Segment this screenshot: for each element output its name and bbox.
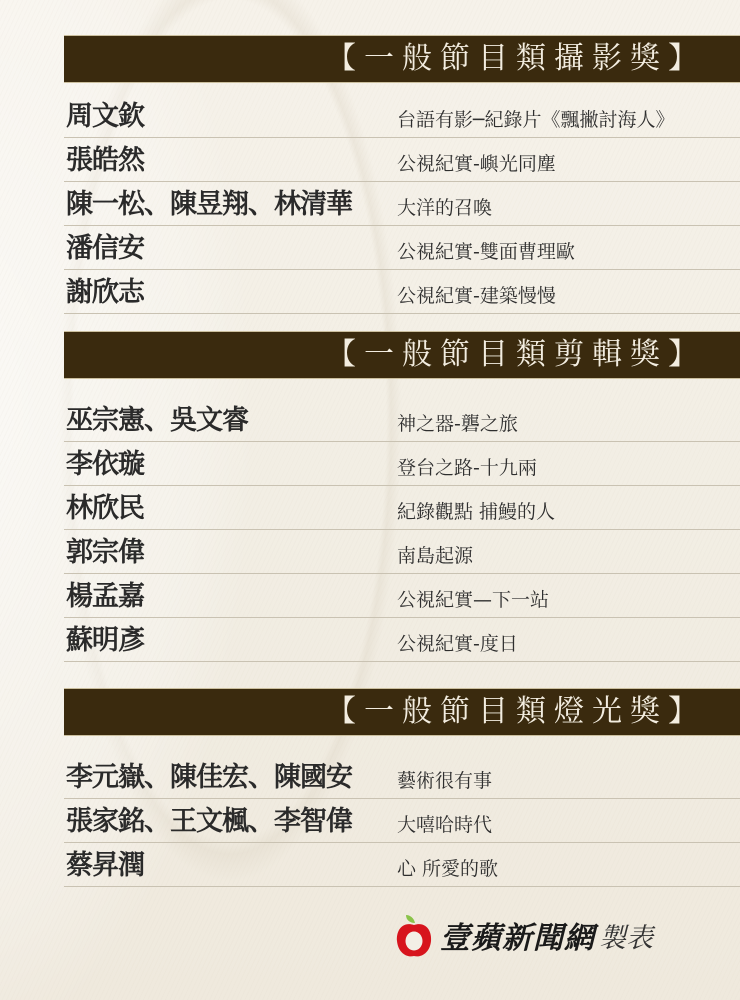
list-item: 張皓然 公視紀實-嶼光同塵 bbox=[64, 138, 740, 182]
program-title: 公視紀實—下一站 bbox=[397, 588, 549, 612]
program-title: 大洋的召喚 bbox=[397, 196, 492, 220]
nominee-name: 李元嶽、陳佳宏、陳國安 bbox=[66, 761, 352, 795]
program-title: 公視紀實-度日 bbox=[397, 632, 518, 656]
list-item: 潘信安 公視紀實-雙面曹理歐 bbox=[64, 226, 740, 270]
nominee-name: 陳一松、陳昱翔、林清華 bbox=[66, 188, 352, 222]
nominee-name: 林欣民 bbox=[66, 492, 144, 526]
section-title: 【一般節目類攝影獎】 bbox=[326, 40, 706, 78]
nominee-name: 郭宗偉 bbox=[66, 536, 144, 570]
nominee-name: 周文欽 bbox=[66, 100, 144, 134]
program-title: 公視紀實-建築慢慢 bbox=[397, 284, 556, 308]
program-title: 南島起源 bbox=[397, 544, 473, 568]
list-item: 李元嶽、陳佳宏、陳國安 藝術很有事 bbox=[64, 755, 740, 799]
list-item: 陳一松、陳昱翔、林清華 大洋的召喚 bbox=[64, 182, 740, 226]
nominee-name: 張家銘、王文楓、李智偉 bbox=[66, 805, 352, 839]
list-item: 林欣民 紀錄觀點 捕鰻的人 bbox=[64, 486, 740, 530]
brand-name: 壹蘋新聞網 bbox=[440, 913, 595, 957]
program-title: 大嘻哈時代 bbox=[397, 813, 492, 837]
program-title: 紀錄觀點 捕鰻的人 bbox=[397, 500, 555, 524]
section-title: 【一般節目類剪輯獎】 bbox=[326, 336, 706, 374]
list-item: 張家銘、王文楓、李智偉 大嘻哈時代 bbox=[64, 799, 740, 843]
list-item: 楊孟嘉 公視紀實—下一站 bbox=[64, 574, 740, 618]
section-header-lighting: 【一般節目類燈光獎】 bbox=[64, 688, 740, 736]
nominee-name: 蘇明彥 bbox=[66, 624, 144, 658]
program-title: 登台之路-十九兩 bbox=[397, 456, 537, 480]
list-item: 巫宗憲、吳文睿 神之器-礱之旅 bbox=[64, 398, 740, 442]
award-list-cinematography: 周文欽 台語有影─紀錄片《飄撇討海人》 張皓然 公視紀實-嶼光同塵 陳一松、陳昱… bbox=[64, 94, 740, 314]
list-item: 蔡昇潤 心 所愛的歌 bbox=[64, 843, 740, 887]
nominee-name: 巫宗憲、吳文睿 bbox=[66, 404, 248, 438]
nominee-name: 楊孟嘉 bbox=[66, 580, 144, 614]
credit-line: 壹蘋新聞網 製表 bbox=[394, 907, 653, 963]
program-title: 台語有影─紀錄片《飄撇討海人》 bbox=[397, 108, 674, 132]
list-item: 郭宗偉 南島起源 bbox=[64, 530, 740, 574]
credit-suffix: 製表 bbox=[599, 916, 653, 955]
program-title: 神之器-礱之旅 bbox=[397, 412, 518, 436]
list-item: 謝欣志 公視紀實-建築慢慢 bbox=[64, 270, 740, 314]
nominee-name: 李依璇 bbox=[66, 448, 144, 482]
section-header-cinematography: 【一般節目類攝影獎】 bbox=[64, 35, 740, 83]
nominee-name: 蔡昇潤 bbox=[66, 849, 144, 883]
program-title: 公視紀實-嶼光同塵 bbox=[397, 152, 556, 176]
section-header-editing: 【一般節目類剪輯獎】 bbox=[64, 331, 740, 379]
program-title: 心 所愛的歌 bbox=[397, 857, 498, 881]
award-list-editing: 巫宗憲、吳文睿 神之器-礱之旅 李依璇 登台之路-十九兩 林欣民 紀錄觀點 捕鰻… bbox=[64, 398, 740, 662]
section-title: 【一般節目類燈光獎】 bbox=[326, 693, 706, 731]
program-title: 公視紀實-雙面曹理歐 bbox=[397, 240, 575, 264]
apple-logo-icon bbox=[394, 911, 434, 959]
list-item: 周文欽 台語有影─紀錄片《飄撇討海人》 bbox=[64, 94, 740, 138]
list-item: 蘇明彥 公視紀實-度日 bbox=[64, 618, 740, 662]
nominee-name: 張皓然 bbox=[66, 144, 144, 178]
nominee-name: 潘信安 bbox=[66, 232, 144, 266]
list-item: 李依璇 登台之路-十九兩 bbox=[64, 442, 740, 486]
award-list-lighting: 李元嶽、陳佳宏、陳國安 藝術很有事 張家銘、王文楓、李智偉 大嘻哈時代 蔡昇潤 … bbox=[64, 755, 740, 887]
program-title: 藝術很有事 bbox=[397, 769, 492, 793]
nominee-name: 謝欣志 bbox=[66, 276, 144, 310]
